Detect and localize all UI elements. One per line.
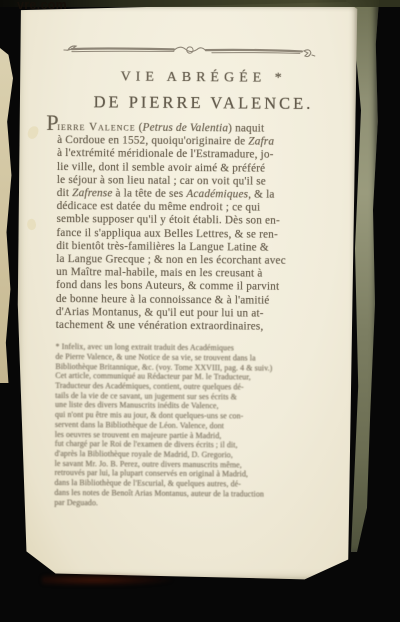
page-title-line2: DE PIERRE VALENCE.: [57, 92, 349, 114]
bottom-stain: [42, 574, 172, 586]
text-line: par Deguado.: [54, 497, 346, 509]
torn-paper-edge: [0, 48, 13, 383]
drop-cap: P: [46, 116, 59, 129]
footnote-block: * Infelix, avec un long extrait traduit …: [54, 342, 347, 509]
scanned-book-photo: VIE ABRÉGÉE * DE PIERRE VALENCE. P ierre…: [0, 0, 400, 622]
body-lines: ierre Valence (Petrus de Valentia) naqui…: [56, 121, 350, 335]
body-paragraph: P ierre Valence (Petrus de Valentia) naq…: [56, 121, 350, 335]
printed-content: VIE ABRÉGÉE * DE PIERRE VALENCE. P ierre…: [54, 36, 350, 509]
text-line: tachement & une vénération extraordinair…: [56, 319, 348, 334]
page-title-line1: VIE ABRÉGÉE *: [58, 69, 350, 87]
book-page: VIE ABRÉGÉE * DE PIERRE VALENCE. P ierre…: [14, 2, 360, 584]
ornament-rule: [62, 40, 318, 60]
watermark-text: vre.com: [17, 0, 67, 12]
